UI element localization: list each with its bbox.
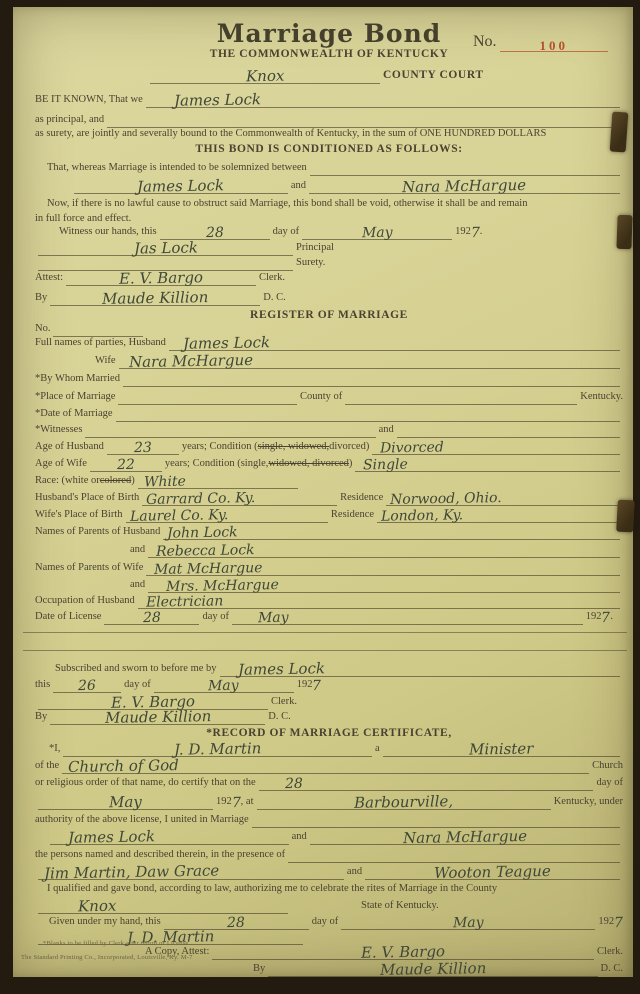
- copy-clerk-signature: E. V. Bargo: [361, 944, 445, 960]
- attest-row: Attest: E. V. Bargo Clerk.: [35, 272, 623, 285]
- form-content: Marriage Bond THE COMMONWEALTH OF KENTUC…: [35, 13, 623, 976]
- cert-witness2-line: Wooton Teague: [365, 865, 620, 880]
- sworn-dc-row: By Maude Killion D. C.: [35, 711, 623, 724]
- sworn-month: May: [208, 679, 239, 694]
- principal-signature-row: Jas Lock Principal: [35, 242, 623, 255]
- given-row: Given under my hand, this 28 day of May …: [35, 916, 623, 929]
- age-husband-label: Age of Husband: [35, 441, 104, 454]
- minister-title: Minister: [469, 741, 534, 757]
- minister-name-line: J. D. Martin: [63, 742, 372, 757]
- age-wife-line: 22: [90, 458, 162, 472]
- license-period: .: [610, 611, 613, 624]
- order-label: or religious order of that name, do cert…: [35, 777, 256, 790]
- wife-birth-value: Laurel Co. Ky.: [129, 508, 228, 524]
- state-label: State of Kentucky.: [361, 900, 439, 913]
- be-it-known-row: BE IT KNOWN, That we James Lock: [35, 94, 623, 107]
- binder-mark-1: [610, 111, 629, 152]
- surety-clause-row: as surety, are jointly and severally bou…: [35, 128, 623, 141]
- cert-month: May: [109, 795, 142, 811]
- sworn-year-printed: 192: [297, 679, 313, 692]
- parents-wife-line: Mat McHargue: [146, 562, 620, 576]
- wife-label: Wife: [95, 355, 116, 368]
- husband-birth-line: Garrard Co. Ky.: [142, 492, 337, 506]
- county-court-row: Knox COUNTY COURT: [35, 70, 623, 83]
- cert-day-line: 28: [259, 777, 594, 791]
- printer-imprint: The Standard Printing Co., Incorporated,…: [21, 954, 193, 961]
- sworn-this-label: this: [35, 679, 50, 692]
- husband-name-line: James Lock: [169, 336, 620, 351]
- occupation-value: Electrician: [146, 594, 224, 609]
- blank-line: [397, 437, 620, 438]
- license-dayof-label: day of: [202, 611, 229, 624]
- occupation-line: Electrician: [138, 595, 620, 609]
- sworn-row: Subscribed and sworn to before me by Jam…: [35, 663, 623, 676]
- race-close: ): [131, 475, 135, 488]
- dc-label: D. C.: [263, 292, 285, 305]
- conditioned-heading: THIS BOND IS CONDITIONED AS FOLLOWS:: [195, 143, 462, 157]
- year-printed: 192: [455, 226, 471, 239]
- copy-clerk-label: Clerk.: [597, 946, 623, 959]
- cert-couple-row: James Lock and Nara McHargue: [35, 831, 623, 844]
- license-year-printed: 192: [586, 611, 602, 624]
- day-of-label: day of: [273, 226, 300, 239]
- county-of-label: County of: [300, 391, 342, 404]
- as-principal-label: as principal, and: [35, 114, 104, 127]
- sworn-dc-signature: Maude Killion: [104, 709, 211, 726]
- condition-husband-value: Divorced: [380, 440, 444, 455]
- qualified-label: I qualified and gave bond, according to …: [47, 883, 497, 896]
- principal-signature-line: Jas Lock: [38, 241, 293, 256]
- age-wife-row: Age of Wife 22 years; Condition (single,…: [35, 458, 623, 471]
- void-clause-1: Now, if there is no lawful cause to obst…: [47, 198, 527, 211]
- commonwealth-row: THE COMMONWEALTH OF KENTUCKY: [35, 49, 623, 62]
- wife-residence-line: London, Ky.: [377, 509, 620, 523]
- place-label: *Place of Marriage: [35, 391, 115, 404]
- license-month: May: [258, 611, 289, 626]
- race-struck: colored: [100, 475, 132, 488]
- wife-residence-value: London, Ky.: [381, 508, 463, 523]
- copy-clerk-line: E. V. Bargo: [212, 945, 594, 960]
- copy-dc-signature: Maude Killion: [380, 961, 487, 978]
- county-court-label: COUNTY COURT: [383, 69, 484, 83]
- cert-witness1-line: Jim Martin, Daw Grace: [38, 865, 344, 880]
- cert-place: Barbourville,: [354, 794, 453, 811]
- given-dayof-label: day of: [312, 916, 339, 929]
- sworn-dayof-label: day of: [124, 679, 151, 692]
- condition-label-2: years; Condition (single,: [165, 458, 269, 471]
- county-blank-line: Knox: [150, 69, 380, 84]
- license-year-digit: 7: [601, 611, 610, 625]
- section-rule-2: [23, 650, 627, 651]
- principal-name: James Lock: [174, 92, 261, 109]
- copy-dc-row: By Maude Killion D. C.: [35, 963, 623, 976]
- i-label: *I,: [49, 743, 60, 756]
- void-clause-2: in full force and effect.: [35, 213, 131, 226]
- period: .: [480, 226, 483, 239]
- clerk-footnote: *Blanks to be filled by Clerk after retu…: [43, 940, 190, 947]
- cert-groom-name: James Lock: [68, 829, 155, 846]
- authority-label: authority of the above license, I united…: [35, 814, 249, 827]
- blank-line: [118, 404, 296, 405]
- surety-signature-row: Surety.: [35, 257, 623, 270]
- husband-birth-row: Husband's Place of Birth Garrard Co. Ky.…: [35, 492, 623, 505]
- parents-wife-row-2: and Mrs. McHargue: [35, 579, 623, 592]
- whereas-row: That, whereas Marriage is intended to be…: [35, 162, 623, 175]
- document-title: Marriage Bond: [217, 19, 441, 49]
- cert-bride-name: Nara McHargue: [403, 829, 527, 846]
- blank-line: [85, 437, 375, 438]
- parents-wife-row: Names of Parents of Wife Mat McHargue: [35, 562, 623, 575]
- age-wife-value: 22: [117, 458, 135, 472]
- surety-label: Surety.: [296, 257, 325, 270]
- cert-and2-label: and: [347, 866, 362, 879]
- principal-label: Principal: [296, 242, 334, 255]
- register-no-row: No.: [35, 323, 623, 336]
- certify-row: or religious order of that name, do cert…: [35, 777, 623, 790]
- full-names-label: Full names of parties, Husband: [35, 337, 166, 350]
- husband-birth-label: Husband's Place of Birth: [35, 492, 139, 505]
- a-label: a: [375, 743, 380, 756]
- cert-at-label: , at: [241, 796, 254, 809]
- surety-clause: as surety, are jointly and severally bou…: [35, 128, 546, 141]
- wife-name-line: Nara McHargue: [119, 354, 620, 369]
- date-of-marriage-row: *Date of Marriage: [35, 408, 623, 421]
- condition-struck-2: widowed, divorced: [268, 458, 348, 471]
- minister-title-line: Minister: [383, 742, 620, 757]
- cert-and-label: and: [292, 831, 307, 844]
- blank-line: [116, 421, 620, 422]
- cert-place-line: Barbourville,: [257, 795, 551, 810]
- register-husband-name: James Lock: [183, 335, 270, 352]
- wife-birth-label: Wife's Place of Birth: [35, 509, 123, 522]
- parents-wife-label: Names of Parents of Wife: [35, 562, 143, 575]
- sworn-clerk-row: E. V. Bargo Clerk.: [35, 696, 623, 709]
- sworn-label: Subscribed and sworn to before me by: [55, 663, 217, 676]
- husband-residence-value: Norwood, Ohio.: [390, 491, 502, 507]
- race-label: Race: (white or: [35, 475, 100, 488]
- and-label: and: [379, 424, 394, 437]
- dc-signature: Maude Killion: [102, 290, 209, 307]
- sworn-dc-label: D. C.: [268, 711, 290, 724]
- dc-signature-line: Maude Killion: [50, 291, 260, 306]
- principal-name-line: James Lock: [146, 93, 620, 108]
- binder-mark-3: [616, 500, 635, 533]
- sworn-name: James Lock: [237, 661, 324, 678]
- given-year-digit: 7: [614, 916, 623, 930]
- sworn-by-label: By: [35, 711, 47, 724]
- parents-wife-value: Mat McHargue: [154, 561, 263, 577]
- register-wife-name: Nara McHargue: [128, 353, 252, 370]
- witness-month: May: [362, 226, 393, 241]
- place-of-marriage-row: *Place of Marriage County of Kentucky.: [35, 391, 623, 404]
- cert-witness2: Wooton Teague: [434, 864, 551, 881]
- wife-name-row: Wife Nara McHargue: [35, 355, 623, 368]
- age-husband-line: 23: [107, 441, 179, 455]
- age-wife-label: Age of Wife: [35, 458, 87, 471]
- cert-day: 28: [285, 777, 303, 791]
- whereas-label: That, whereas Marriage is intended to be…: [47, 162, 307, 175]
- race-line: White: [138, 475, 298, 489]
- cert-witnesses-row: Jim Martin, Daw Grace and Wooton Teague: [35, 866, 623, 879]
- groom-name: James Lock: [137, 178, 224, 195]
- cert-county: Knox: [78, 899, 117, 915]
- blank-line: [123, 386, 620, 387]
- presence-row: the persons named and described therein,…: [35, 849, 623, 862]
- cert-witness1: Jim Martin, Daw Grace: [44, 863, 219, 881]
- witness-month-line: May: [302, 226, 452, 240]
- sworn-month-line: May: [154, 679, 294, 693]
- clerk-signature: E. V. Bargo: [119, 270, 203, 286]
- given-year-printed: 192: [598, 916, 614, 929]
- husband-birth-value: Garrard Co. Ky.: [146, 491, 255, 507]
- license-day-line: 28: [104, 611, 199, 625]
- cert-dayof-label: day of: [596, 777, 623, 790]
- parents-husband-line-2: Rebecca Lock: [148, 544, 620, 558]
- bride-name: Nara McHargue: [402, 178, 526, 195]
- binder-mark-2: [616, 215, 632, 250]
- condition-wife-line: Single: [355, 458, 620, 472]
- witnesses-row: *Witnesses and: [35, 424, 623, 437]
- and-label: and: [291, 180, 306, 193]
- license-day: 28: [143, 611, 161, 625]
- and-label-3: and: [130, 579, 145, 592]
- cert-county-line: Knox: [38, 899, 288, 914]
- license-date-row: Date of License 28 day of May 192 7 .: [35, 611, 623, 624]
- marriage-bond-photo: { "header": { "title": "Marriage Bond", …: [0, 0, 640, 994]
- residence-label-2: Residence: [331, 509, 374, 522]
- condition-husband-line: Divorced: [372, 441, 620, 455]
- age-husband-row: Age of Husband 23 years; Condition (sing…: [35, 441, 623, 454]
- document-paper: No. 100 Marriage Bond THE COMMONWEALTH O…: [13, 7, 633, 977]
- cert-month-row: May 192 7 , at Barbourville, Kentucky, u…: [35, 796, 623, 809]
- minister-name: J. D. Martin: [174, 741, 262, 758]
- church-name: Church of God: [68, 758, 179, 775]
- condition-rest: divorced): [329, 441, 369, 454]
- husband-name-row: Full names of parties, Husband James Loc…: [35, 337, 623, 350]
- witness-year-digit: 7: [471, 226, 480, 240]
- by-label: By: [35, 292, 47, 305]
- and-label-2: and: [130, 544, 145, 557]
- husband-residence-line: Norwood, Ohio.: [386, 492, 620, 506]
- cert-year-digit: 7: [232, 796, 241, 810]
- principal-signature: Jas Lock: [133, 240, 197, 256]
- date-label: *Date of Marriage: [35, 408, 113, 421]
- church-row: of the Church of God Church: [35, 760, 623, 773]
- parents-husband-row: Names of Parents of Husband John Lock: [35, 526, 623, 539]
- groom-name-line: James Lock: [74, 179, 288, 194]
- by-whom-row: *By Whom Married: [35, 373, 623, 386]
- by-dc-row: By Maude Killion D. C.: [35, 292, 623, 305]
- cert-ky-under-label: Kentucky, under: [554, 796, 623, 809]
- given-day: 28: [227, 916, 245, 930]
- parents-husband-row-2: and Rebecca Lock: [35, 544, 623, 557]
- parents-wife-value-2: Mrs. McHargue: [166, 578, 279, 594]
- kentucky-label: Kentucky.: [580, 391, 623, 404]
- void-clause-row: Now, if there is no lawful cause to obst…: [35, 198, 623, 211]
- witness-day: 28: [206, 226, 224, 240]
- parents-husband-line: John Lock: [163, 526, 620, 540]
- blank-line: [310, 175, 620, 176]
- document-title-row: Marriage Bond: [35, 19, 623, 49]
- county-state-row: Knox State of Kentucky.: [35, 900, 623, 913]
- parents-husband-value-2: Rebecca Lock: [156, 543, 255, 559]
- sworn-dc-line: Maude Killion: [50, 710, 265, 725]
- age-husband-value: 23: [134, 441, 152, 455]
- condition-struck: single, widowed,: [258, 441, 329, 454]
- witness-hands-row: Witness our hands, this 28 day of May 19…: [35, 226, 623, 239]
- parents-husband-label: Names of Parents of Husband: [35, 526, 160, 539]
- copy-by-label: By: [253, 963, 265, 976]
- sworn-day: 26: [78, 679, 96, 693]
- qualified-row: I qualified and gave bond, according to …: [35, 883, 623, 896]
- couple-names-row: James Lock and Nara McHargue: [35, 180, 623, 193]
- conditioned-row: THIS BOND IS CONDITIONED AS FOLLOWS:: [35, 144, 623, 157]
- license-month-line: May: [232, 611, 583, 625]
- race-value: White: [144, 475, 186, 490]
- witness-label: Witness our hands, this: [59, 226, 157, 239]
- copy-dc-label: D. C.: [601, 963, 623, 976]
- wife-birth-line: Laurel Co. Ky.: [126, 509, 328, 523]
- commonwealth-heading: THE COMMONWEALTH OF KENTUCKY: [210, 48, 449, 62]
- given-label: Given under my hand, this: [49, 916, 161, 929]
- sworn-name-line: James Lock: [220, 662, 620, 677]
- parents-wife-line-2: Mrs. McHargue: [148, 579, 620, 593]
- cert-bride-line: Nara McHargue: [310, 830, 620, 845]
- condition-wife-value: Single: [363, 458, 408, 473]
- parents-husband-value: John Lock: [167, 525, 238, 540]
- sworn-clerk-label: Clerk.: [271, 696, 297, 709]
- of-the-label: of the: [35, 760, 59, 773]
- residence-label-1: Residence: [340, 492, 383, 505]
- wife-birth-row: Wife's Place of Birth Laurel Co. Ky. Res…: [35, 509, 623, 522]
- sworn-day-line: 26: [53, 679, 121, 693]
- register-heading-row: REGISTER OF MARRIAGE: [35, 310, 623, 323]
- occupation-row: Occupation of Husband Electrician: [35, 595, 623, 608]
- cert-groom-line: James Lock: [50, 830, 289, 845]
- cert-year-printed: 192: [216, 796, 232, 809]
- cert-month-line: May: [38, 795, 213, 810]
- witnesses-label: *Witnesses: [35, 424, 82, 437]
- race-row: Race: (white or colored) White: [35, 475, 623, 488]
- sworn-date-row: this 26 day of May 192 7: [35, 679, 623, 692]
- condition-close: ): [349, 458, 353, 471]
- be-it-known-label: BE IT KNOWN, That we: [35, 94, 143, 107]
- sworn-year-digit: 7: [312, 679, 321, 693]
- register-heading: REGISTER OF MARRIAGE: [250, 309, 408, 323]
- attest-label: Attest:: [35, 272, 63, 285]
- church-name-line: Church of God: [62, 759, 589, 774]
- clerk-signature-line: E. V. Bargo: [66, 271, 256, 286]
- as-principal-row: as principal, and: [35, 114, 623, 127]
- license-label: Date of License: [35, 611, 101, 624]
- occupation-label: Occupation of Husband: [35, 595, 135, 608]
- condition-label: years; Condition (: [182, 441, 258, 454]
- register-no-label: No.: [35, 323, 50, 336]
- minister-row: *I, J. D. Martin a Minister: [35, 743, 623, 756]
- void-clause-row-2: in full force and effect.: [35, 213, 623, 226]
- by-whom-label: *By Whom Married: [35, 373, 120, 386]
- certificate-heading-row: *RECORD OF MARRIAGE CERTIFICATE,: [35, 728, 623, 741]
- given-month: May: [453, 916, 484, 931]
- bride-name-line: Nara McHargue: [309, 179, 620, 194]
- given-month-line: May: [341, 916, 595, 930]
- clerk-label: Clerk.: [259, 272, 285, 285]
- section-rule-1: [23, 632, 627, 633]
- copy-dc-line: Maude Killion: [268, 962, 597, 977]
- blank-line: [345, 404, 577, 405]
- county-value: Knox: [246, 69, 285, 85]
- authority-row: authority of the above license, I united…: [35, 814, 623, 827]
- presence-label: the persons named and described therein,…: [35, 849, 285, 862]
- church-label: Church: [592, 760, 623, 773]
